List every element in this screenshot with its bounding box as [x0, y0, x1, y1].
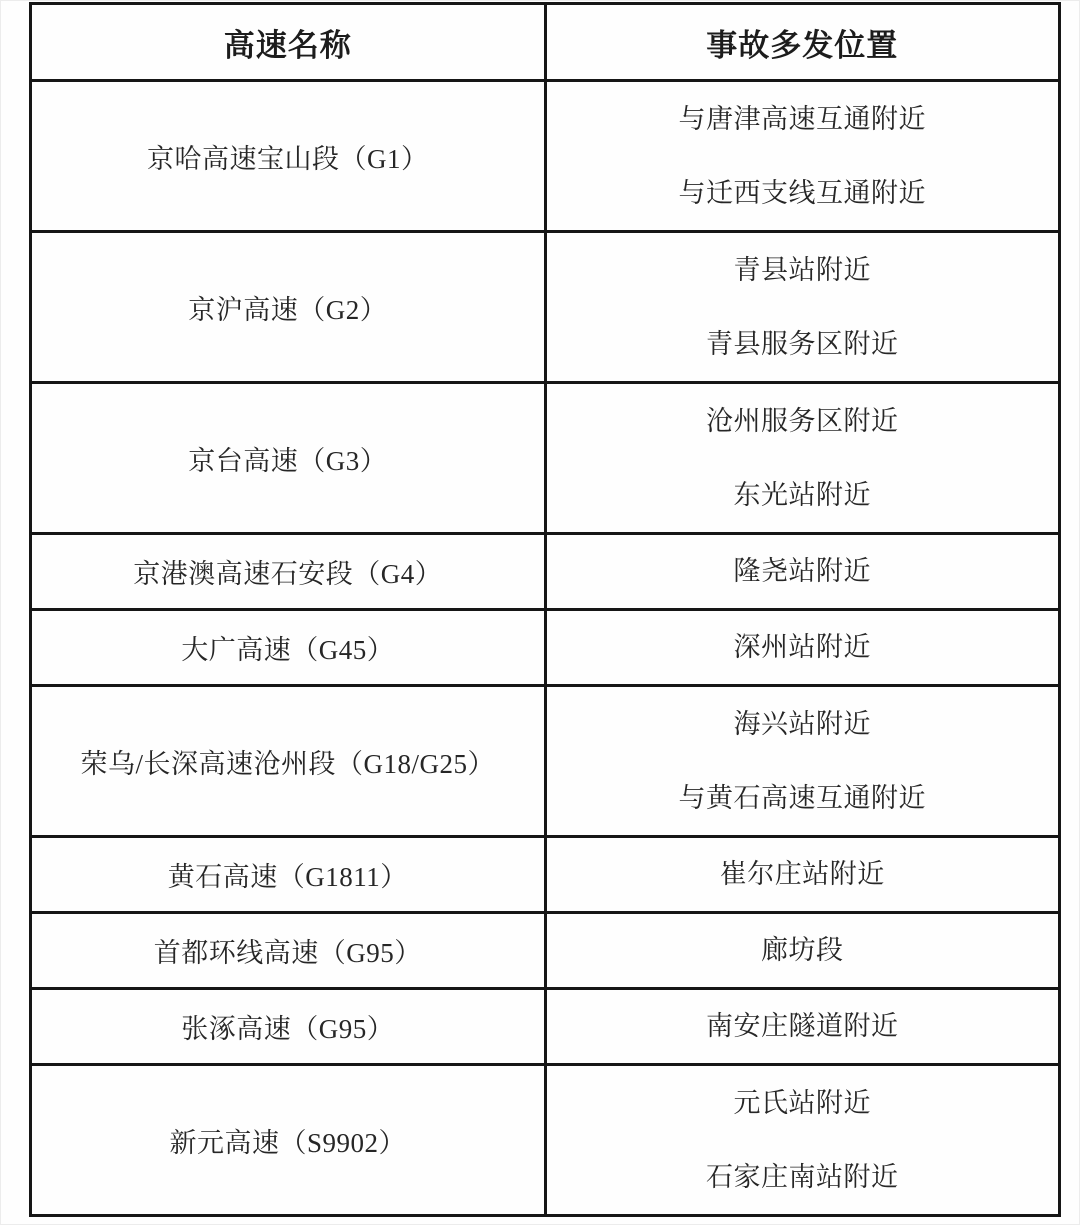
accident-location: 元氏站附近	[734, 1087, 872, 1119]
accident-location: 石家庄南站附近	[706, 1161, 899, 1193]
accident-location-cell: 与唐津高速互通附近与迁西支线互通附近	[545, 81, 1060, 232]
accident-location-list: 沧州服务区附近东光站附近	[547, 384, 1059, 532]
page: 高速名称 事故多发位置 京哈高速宝山段（G1）与唐津高速互通附近与迁西支线互通附…	[0, 0, 1080, 1225]
accident-location-list: 与唐津高速互通附近与迁西支线互通附近	[547, 82, 1059, 230]
highway-accident-table: 高速名称 事故多发位置 京哈高速宝山段（G1）与唐津高速互通附近与迁西支线互通附…	[29, 2, 1061, 1217]
accident-location-list: 崔尔庄站附近	[547, 838, 1059, 911]
accident-location-cell: 廊坊段	[545, 913, 1060, 989]
accident-location-cell: 崔尔庄站附近	[545, 837, 1060, 913]
table-row: 首都环线高速（G95）廊坊段	[31, 913, 1060, 989]
accident-location-cell: 南安庄隧道附近	[545, 989, 1060, 1065]
table-row: 黄石高速（G1811）崔尔庄站附近	[31, 837, 1060, 913]
accident-location-list: 元氏站附近石家庄南站附近	[547, 1066, 1059, 1214]
table-row: 京台高速（G3）沧州服务区附近东光站附近	[31, 383, 1060, 534]
highway-name-cell: 新元高速（S9902）	[31, 1065, 546, 1216]
accident-location-list: 南安庄隧道附近	[547, 990, 1059, 1063]
accident-location: 崔尔庄站附近	[720, 858, 885, 890]
column-header-highway-name: 高速名称	[31, 4, 546, 81]
table-row: 新元高速（S9902）元氏站附近石家庄南站附近	[31, 1065, 1060, 1216]
accident-location-cell: 海兴站附近与黄石高速互通附近	[545, 686, 1060, 837]
accident-location-cell: 隆尧站附近	[545, 534, 1060, 610]
highway-name-cell: 京哈高速宝山段（G1）	[31, 81, 546, 232]
header-row: 高速名称 事故多发位置	[31, 4, 1060, 81]
accident-location: 沧州服务区附近	[706, 405, 899, 437]
accident-location: 廊坊段	[761, 934, 844, 966]
table-row: 荣乌/长深高速沧州段（G18/G25）海兴站附近与黄石高速互通附近	[31, 686, 1060, 837]
accident-location-list: 深州站附近	[547, 611, 1059, 684]
table-row: 大广高速（G45）深州站附近	[31, 610, 1060, 686]
table-row: 京港澳高速石安段（G4）隆尧站附近	[31, 534, 1060, 610]
accident-location-list: 廊坊段	[547, 914, 1059, 987]
highway-name-cell: 京台高速（G3）	[31, 383, 546, 534]
highway-name-cell: 荣乌/长深高速沧州段（G18/G25）	[31, 686, 546, 837]
table-row: 张涿高速（G95）南安庄隧道附近	[31, 989, 1060, 1065]
highway-name-cell: 黄石高速（G1811）	[31, 837, 546, 913]
accident-location: 深州站附近	[734, 631, 872, 663]
accident-location-cell: 深州站附近	[545, 610, 1060, 686]
accident-location-cell: 青县站附近青县服务区附近	[545, 232, 1060, 383]
table-body: 京哈高速宝山段（G1）与唐津高速互通附近与迁西支线互通附近京沪高速（G2）青县站…	[31, 81, 1060, 1216]
accident-location: 南安庄隧道附近	[706, 1010, 899, 1042]
accident-location: 与黄石高速互通附近	[679, 782, 927, 814]
accident-location: 海兴站附近	[734, 708, 872, 740]
accident-location-list: 海兴站附近与黄石高速互通附近	[547, 687, 1059, 835]
accident-location: 与迁西支线互通附近	[679, 177, 927, 209]
table-header: 高速名称 事故多发位置	[31, 4, 1060, 81]
accident-location: 青县站附近	[734, 254, 872, 286]
accident-location: 青县服务区附近	[706, 328, 899, 360]
accident-location-cell: 元氏站附近石家庄南站附近	[545, 1065, 1060, 1216]
highway-name-cell: 大广高速（G45）	[31, 610, 546, 686]
table-row: 京沪高速（G2）青县站附近青县服务区附近	[31, 232, 1060, 383]
highway-name-cell: 首都环线高速（G95）	[31, 913, 546, 989]
highway-name-cell: 张涿高速（G95）	[31, 989, 546, 1065]
accident-location-cell: 沧州服务区附近东光站附近	[545, 383, 1060, 534]
accident-location: 与唐津高速互通附近	[679, 103, 927, 135]
table-row: 京哈高速宝山段（G1）与唐津高速互通附近与迁西支线互通附近	[31, 81, 1060, 232]
accident-location-list: 青县站附近青县服务区附近	[547, 233, 1059, 381]
accident-location: 东光站附近	[734, 479, 872, 511]
accident-location-list: 隆尧站附近	[547, 535, 1059, 608]
accident-location: 隆尧站附近	[734, 555, 872, 587]
highway-name-cell: 京沪高速（G2）	[31, 232, 546, 383]
highway-name-cell: 京港澳高速石安段（G4）	[31, 534, 546, 610]
column-header-accident-location: 事故多发位置	[545, 4, 1060, 81]
